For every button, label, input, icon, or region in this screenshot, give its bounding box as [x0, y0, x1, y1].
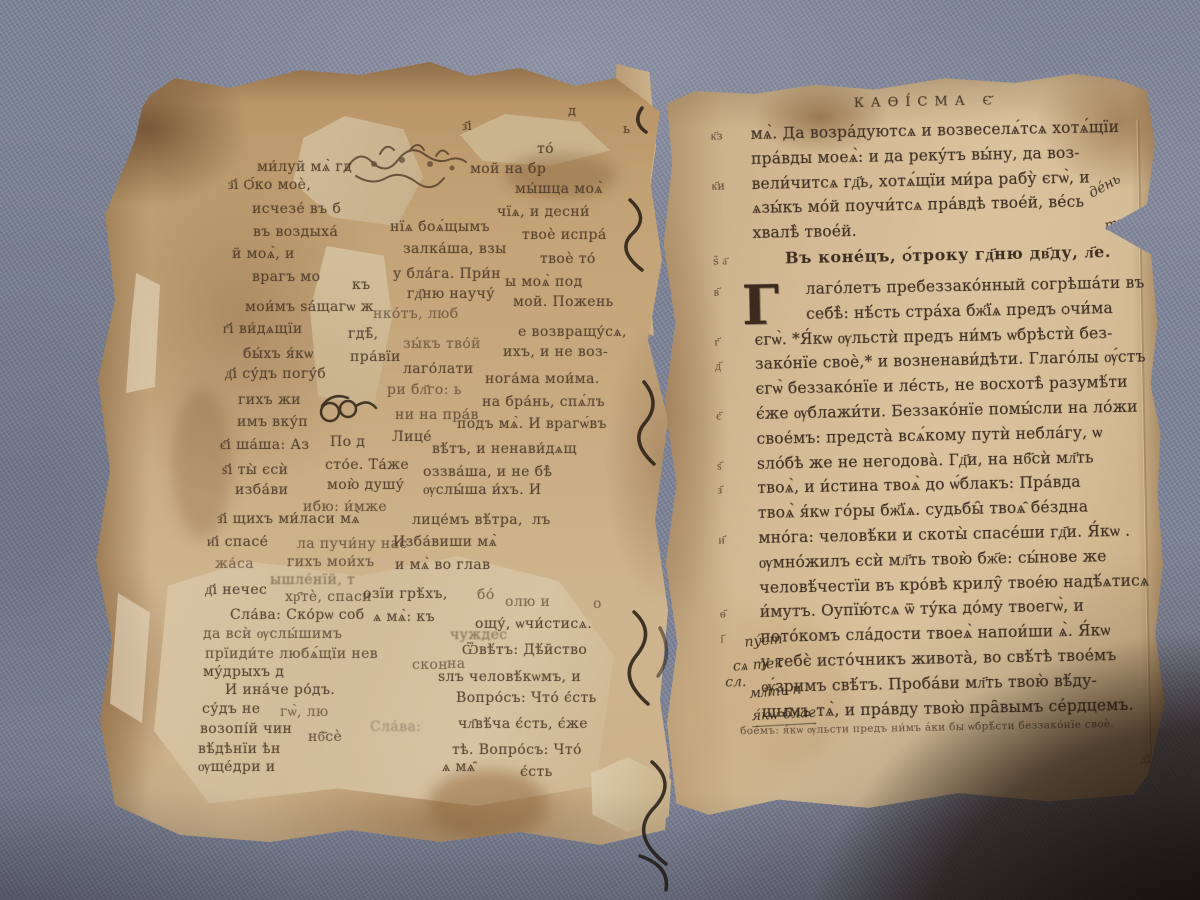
text-fragment: ѧ мѧ̀: къ — [373, 609, 435, 626]
text-fragment: мой. Пожень — [513, 294, 614, 310]
text-fragment: въ воздыха́ — [253, 224, 338, 240]
text-fragment: на бра́нь, спѧ́лъ — [482, 394, 605, 411]
text-fragment: ѹще́дри и — [198, 759, 276, 776]
text-fragment: и мѧ̀ во глав — [395, 557, 490, 574]
text-fragment: озїи грѣ́хъ, — [363, 586, 448, 602]
text-fragment: лъ — [532, 512, 551, 528]
text-fragment: имъ вку́п — [237, 414, 308, 430]
text-fragment: пра́вїи — [350, 349, 401, 365]
text-fragment: бы́хъ я́кѡ — [243, 346, 313, 363]
text-fragment: д — [568, 104, 576, 119]
margin-number: ѳ҃ — [720, 603, 760, 621]
text-fragment: гихъ мои́хъ — [287, 554, 374, 570]
text-fragment: д҃і нечес — [205, 582, 267, 599]
text-fragment: з҃і Ѻ́ко моѐ, — [228, 177, 311, 194]
text-fragment: прїиди́те любѧ́щїи нев — [205, 646, 378, 663]
psalm-end-block: к҃змѧ̀. Да возра́дуютсѧ и возвеселѧ́тсѧ … — [710, 117, 1144, 249]
text-fragment: Лице́ — [392, 429, 432, 445]
text-fragment: то́ — [537, 141, 554, 157]
text-fragment: хр҃тѐ, спаси — [285, 589, 372, 606]
text-fragment: гихъ жи — [238, 392, 301, 408]
text-fragment: твоѐ то́ — [540, 251, 596, 267]
text-fragment: є҃і ша́ша: Аз — [220, 437, 309, 454]
text-fragment: И ина́че ро́дъ. — [225, 682, 335, 698]
text-fragment: къ — [352, 277, 370, 293]
margin-number: д҃ — [715, 355, 755, 373]
text-fragment: гд҃ню научу́ — [407, 286, 495, 303]
margin-number — [716, 391, 756, 395]
margin-number — [714, 317, 754, 321]
text-fragment: о — [593, 596, 602, 612]
text-fragment: з҃і — [462, 118, 472, 134]
text-fragment: чуждес — [450, 627, 508, 643]
photo-open-antique-book: з҃ідьто́ми́луй мѧ̀ гдмой на брз҃і Ѻ́ко м… — [0, 0, 1200, 900]
quire-signature: д҃і — [1141, 751, 1151, 766]
line-text: лаго́летъ пребеззако́нный согрѣша́ти въ — [753, 273, 1145, 299]
text-fragment: му́дрыхъ д — [203, 664, 284, 680]
margin-number: ѕ̃ а҃ — [713, 254, 753, 268]
margin-number: з҃ — [717, 479, 757, 497]
text-fragment: бо́ — [477, 587, 495, 603]
margin-number: г҃ — [714, 331, 754, 349]
text-fragment: ри бл҃го: ь — [387, 382, 462, 399]
text-fragment: олю и — [505, 594, 550, 610]
text-fragment: ѕлъ человѣ́кѡмъ, и — [438, 669, 581, 686]
text-fragment: нога́ма мои́ма. — [485, 371, 600, 387]
text-fragment: у бла́га. При́н — [393, 266, 501, 282]
text-fragment: сто́е. Та́же — [325, 457, 409, 473]
left-page-fragments: з҃ідьто́ми́луй мѧ̀ гдмой на брз҃і Ѻ́ко м… — [88, 58, 673, 850]
margin-number: к҃з — [710, 125, 750, 143]
text-fragment: ы моѧ̀ под — [505, 274, 583, 291]
text-fragment: оззва́ша, и не бѣ̀ — [423, 464, 552, 480]
margin-number — [713, 235, 753, 239]
text-fragment: ѹслы́ша и́хъ. И — [423, 482, 541, 499]
text-fragment: й моѧ̀, и — [232, 246, 295, 263]
line-text: мѧ̀. Да возра́дуютсѧ и возвеселѧ́тсѧ хот… — [750, 117, 1142, 144]
text-fragment: ихъ, и не воз- — [503, 344, 608, 360]
handwritten-note: сл. — [725, 674, 747, 690]
margin-number: є҃ — [716, 405, 756, 423]
text-fragment: зы́къ тво́й — [403, 336, 481, 352]
margin-number — [719, 589, 759, 593]
text-fragment: гдѣ̑, — [348, 326, 378, 342]
text-fragment: чїѧ, и десни́ — [497, 204, 590, 221]
margin-number: к҃и — [711, 175, 751, 193]
handwritten-note: сѧ тек — [732, 655, 783, 676]
text-fragment: ѧ мѧ̑ — [442, 759, 475, 776]
text-fragment: твоѐ испра́ — [522, 227, 607, 243]
text-fragment: г҃і ви́дѧщїи — [223, 321, 303, 338]
text-fragment: залка́ша, взы — [403, 241, 507, 257]
text-fragment: мы́шца моѧ̀ — [515, 181, 603, 198]
text-fragment: Сла́ва: Ско́рѡ соб — [230, 607, 365, 624]
handwritten-notes: де́ньтупу́стсѧ тексл.мл҃ть пя́кѡ благ — [649, 49, 1154, 59]
margin-number — [718, 515, 758, 519]
margin-number — [712, 210, 752, 214]
kathisma-header: КАѲІ́СМА Є҃ — [710, 89, 1142, 113]
text-fragment: ь — [623, 122, 630, 137]
handwritten-note: пу́ст — [744, 631, 784, 650]
margin-number — [719, 565, 759, 569]
text-fragment: Изба́виши мѧ̀ — [393, 534, 497, 551]
text-fragment: вѣ́дѣнїи ѣн — [198, 741, 281, 757]
text-fragment: нїѧ боѧ́щымъ — [390, 219, 490, 236]
right-page-text: КАѲІ́СМА Є҃ к҃змѧ̀. Да возра́дуютсѧ и во… — [709, 49, 1141, 57]
text-fragment: ышле́нїй, т — [270, 572, 355, 588]
handwritten-note: ту — [1103, 214, 1127, 234]
text-fragment: вѣ́тъ, и ненави́дѧщ — [432, 441, 577, 458]
text-fragment: мою̀ душу́ — [327, 477, 404, 493]
text-fragment: лице́мъ вѣ́тра, — [412, 512, 523, 528]
text-fragment: мои́мъ ѕа́щагѡ ж — [245, 299, 374, 316]
text-fragment: су́дъ не — [202, 701, 260, 717]
text-fragment: д҃і су́дъ погу́б — [225, 366, 326, 383]
text-fragment: жа́са — [215, 556, 254, 572]
text-fragment: тѣ. Вопро́съ: Что́ — [452, 742, 582, 758]
text-fragment: з҃і щихъ ми́ласи мѧ̀ — [217, 511, 360, 528]
text-fragment: и҃і спасе́ — [207, 534, 268, 551]
margin-number — [711, 161, 751, 165]
text-fragment: нко́тъ, люб — [373, 306, 459, 322]
text-fragment: ми́луй мѧ̀ гд — [257, 159, 352, 176]
text-fragment: є́сть — [520, 764, 553, 780]
text-fragment: исчезе́ въ б — [252, 201, 341, 217]
text-fragment: да всѝ ѹслы́шимъ — [203, 626, 342, 643]
margin-number: ѕ҃ — [717, 455, 757, 473]
text-fragment: Ѿвѣ́тъ: Дѣ́йство — [462, 642, 587, 659]
text-fragment: Сла́ва: — [370, 719, 421, 735]
handwritten-note: я́кѡ благ — [751, 705, 816, 727]
text-fragment: лаго́лати — [403, 361, 474, 377]
margin-number: и҃ — [718, 529, 758, 547]
text-fragment: подъ мѧ̀. И врагѡ́въ — [457, 416, 607, 433]
text-fragment: возопі́й чин — [200, 721, 292, 737]
text-fragment: изба́ви — [235, 482, 288, 498]
margin-number — [717, 441, 757, 445]
text-fragment: чл҃вѣ́ча є́сть, є́же — [458, 716, 588, 733]
text-fragment: По д — [330, 434, 365, 450]
text-fragment: е возвращу́сѧ, — [518, 324, 627, 341]
left-page: з҃ідьто́ми́луй мѧ̀ гдмой на брз҃і Ѻ́ко м… — [88, 58, 673, 850]
text-fragment: нб҃сѐ — [308, 729, 342, 746]
text-fragment: мой на бр — [470, 161, 546, 177]
text-fragment: врагъ мо — [252, 269, 320, 285]
margin-number: в҃ — [713, 281, 753, 299]
right-page: КАѲІ́СМА Є҃ к҃змѧ̀. Да возра́дуютсѧ и во… — [649, 49, 1168, 819]
text-fragment: Вопро́съ: Что́ є́сть — [456, 690, 597, 706]
text-fragment: гѡ̀, лю — [280, 704, 329, 721]
text-fragment: ла пучи́ну нас — [297, 536, 408, 552]
text-fragment: ѕ҃і ты̀ єсѝ — [222, 462, 288, 479]
